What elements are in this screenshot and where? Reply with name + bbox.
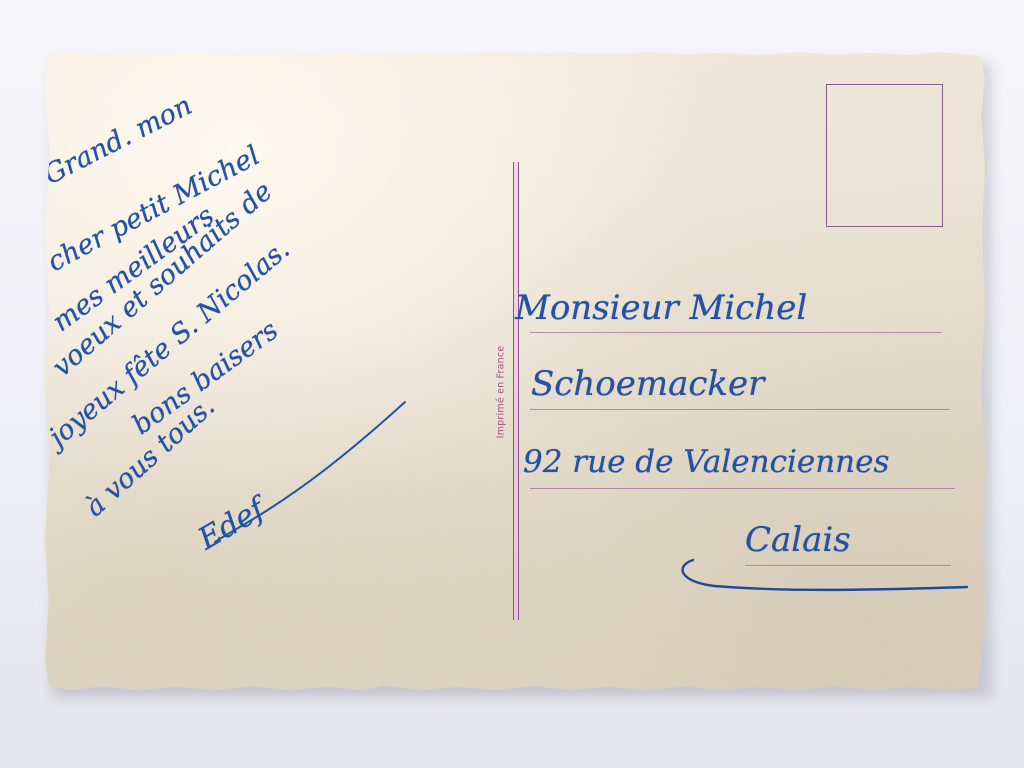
message-line-1: Grand. mon — [39, 90, 197, 191]
signature-flourish — [205, 392, 415, 552]
address-surname: Schoemacker — [531, 364, 764, 404]
address-line-1 — [530, 332, 942, 333]
address-line-2 — [530, 409, 950, 410]
address-name: Monsieur Michel — [515, 288, 807, 328]
address-street: 92 rue de Valenciennes — [523, 444, 889, 480]
city-underline-flourish — [675, 552, 975, 602]
address-line-3 — [530, 488, 955, 489]
stamp-placeholder-box — [826, 84, 943, 227]
imprint-label: Imprimé en France — [496, 346, 507, 439]
center-divider-line — [513, 162, 519, 620]
postcard-back: Imprimé en France Grand. mon cher petit … — [45, 52, 985, 690]
